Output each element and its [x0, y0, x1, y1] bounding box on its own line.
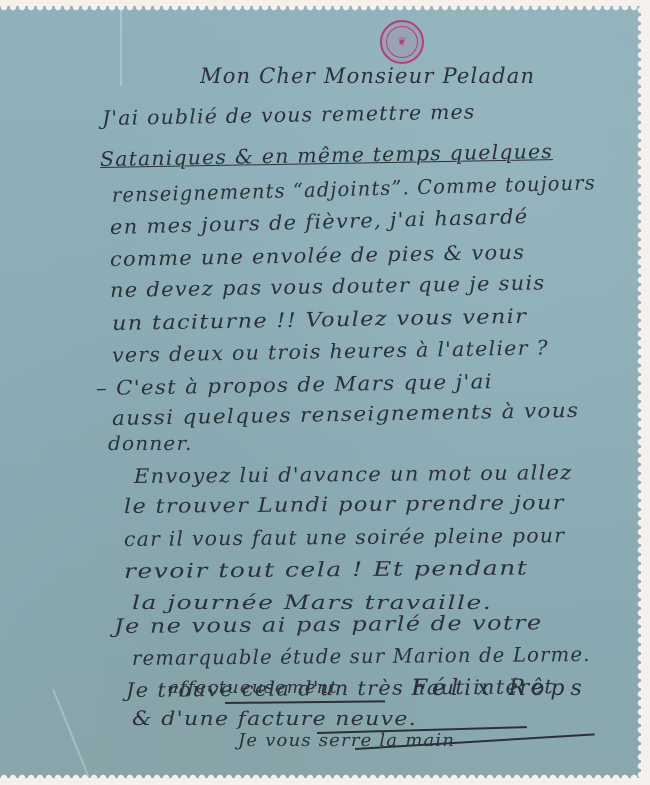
body-line-20: & d'une facture neuve.	[132, 706, 417, 730]
letter-paper: ❦ Mon Cher Monsieur Peladan J'ai oublié …	[0, 6, 641, 778]
body-line-14: car il vous faut une soirée pleine pour	[124, 523, 565, 551]
paper-fold	[120, 6, 122, 86]
serrated-edge-bottom	[0, 774, 641, 782]
body-line-8: vers deux ou trois heures à l'atelier ?	[112, 335, 549, 367]
body-line-2: Sataniques & en même temps quelques	[100, 139, 553, 171]
body-line-5: comme une envolée de pies & vous	[110, 240, 526, 271]
signature: Félix Rops	[412, 676, 588, 701]
salutation: Mon Cher Monsieur Peladan	[200, 64, 535, 88]
body-line-6: ne devez pas vous douter que je suis	[110, 270, 546, 302]
body-line-15: revoir tout cela ! Et pendant	[124, 555, 529, 583]
body-line-4: en mes jours de fièvre, j'ai hasardé	[110, 204, 529, 239]
body-line-13: le trouver Lundi pour prendre jour	[124, 490, 565, 518]
body-line-7: un taciturne !! Voulez vous venir	[112, 304, 528, 335]
body-line-1: J'ai oublié de vous remettre mes	[102, 99, 476, 130]
body-line-11: donner.	[108, 431, 193, 455]
body-line-10: aussi quelques renseignements à vous	[112, 398, 580, 430]
paper-fold	[52, 689, 89, 778]
body-line-9: – C'est à propos de Mars que j'ai	[96, 369, 493, 400]
closing: Je vous serre la main	[238, 730, 455, 751]
stamp-emblem-icon: ❦	[386, 26, 418, 58]
body-line-3: renseignements “adjoints”. Comme toujour…	[112, 170, 596, 207]
serrated-edge-top	[0, 3, 641, 11]
serrated-edge-right	[637, 6, 645, 778]
body-line-18: remarquable étude sur Marion de Lorme.	[132, 642, 591, 670]
library-stamp: ❦	[380, 20, 424, 64]
body-line-17: Je ne vous ai pas parlé de votre	[114, 610, 543, 638]
body-line-12: Envoyez lui d'avance un mot ou allez	[134, 460, 573, 488]
closing-adverb: affectueusement	[168, 678, 338, 698]
